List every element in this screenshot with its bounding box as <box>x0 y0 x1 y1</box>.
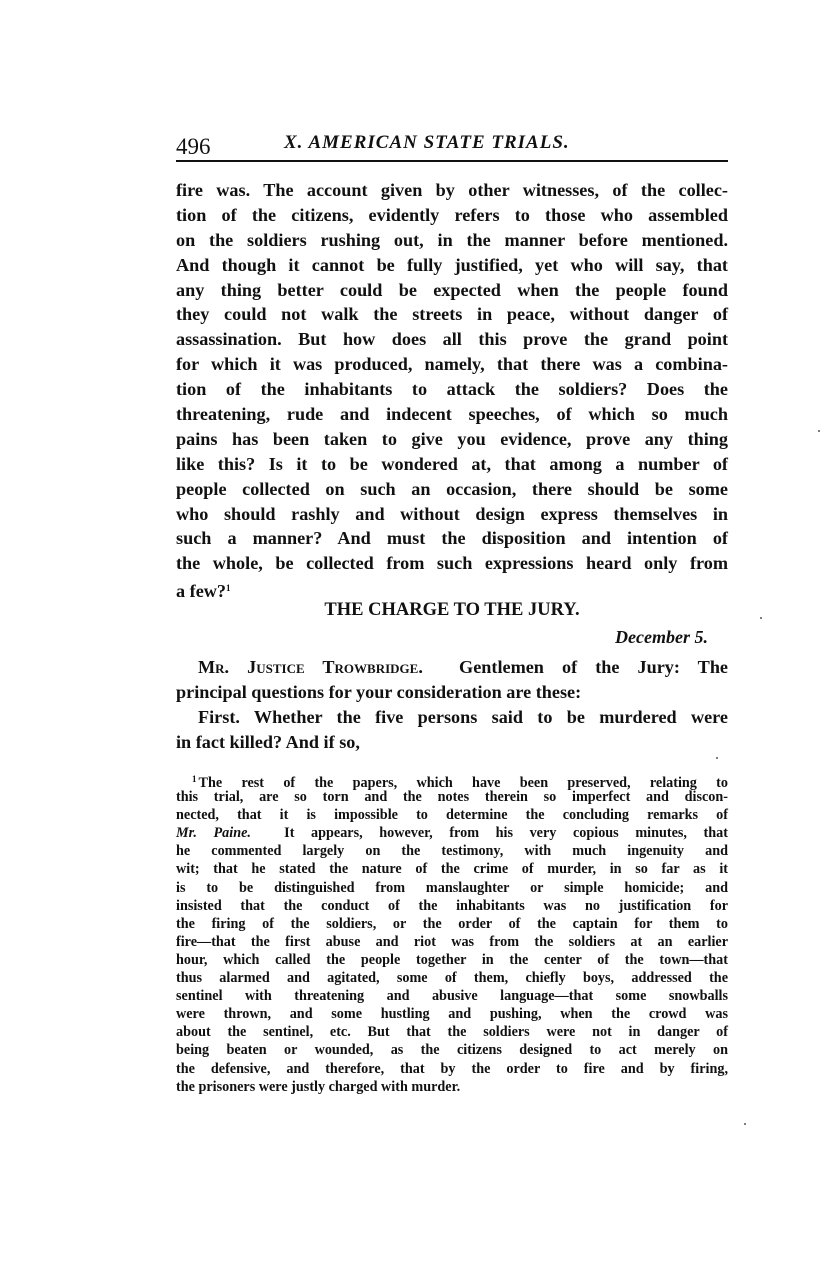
scan-speck <box>818 430 820 432</box>
running-title: X. AMERICAN STATE TRIALS. <box>284 132 570 154</box>
text-line: people collected on such an occasion, th… <box>176 477 728 502</box>
footnote-reference[interactable]: 1 <box>226 583 231 593</box>
footnote-line: sentinel with threatening and abusive la… <box>176 987 728 1005</box>
footnote-marker: 1 <box>192 774 197 784</box>
footnote-line: the defensive, and therefore, that by th… <box>176 1060 728 1078</box>
footnote-line: insisted that the conduct of the inhabit… <box>176 897 728 915</box>
italic-name: Mr. Paine. <box>176 825 251 841</box>
text-fragment: It appears, however, from his very copio… <box>284 825 728 841</box>
text-line: the whole, be collected from such expres… <box>176 551 728 576</box>
scan-speck <box>760 617 762 619</box>
footnote-line: nected, that it is impossible to determi… <box>176 806 728 824</box>
argument-paragraph: fire was. The account given by other wit… <box>176 178 728 601</box>
footnote-line: the prisoners were justly charged with m… <box>176 1078 728 1096</box>
footnote-line: is to be distinguished from manslaughter… <box>176 879 728 897</box>
footnote-line: Mr. Paine. It appears, however, from his… <box>176 824 728 842</box>
date-line: December 5. <box>615 627 708 648</box>
footnote-line: being beaten or wounded, as the citizens… <box>176 1041 728 1059</box>
text-line: tion of the inhabitants to attack the so… <box>176 377 728 402</box>
footnote-line: were thrown, and some hustling and pushi… <box>176 1005 728 1023</box>
footnote-line: 1The rest of the papers, which have been… <box>176 770 728 788</box>
scan-speck <box>744 1123 746 1125</box>
text-line: they could not walk the streets in peace… <box>176 302 728 327</box>
text-line: assassination. But how does all this pro… <box>176 327 728 352</box>
text-line: like this? Is it to be wondered at, that… <box>176 452 728 477</box>
text-line: such a manner? And must the disposition … <box>176 526 728 551</box>
footnote-line: he commented largely on the testimony, w… <box>176 842 728 860</box>
text-fragment: a few? <box>176 581 226 601</box>
text-line: tion of the citizens, evidently refers t… <box>176 203 728 228</box>
charge-paragraph: Mr. Justice Trowbridge. Gentlemen of the… <box>176 655 728 755</box>
text-line: in fact killed? And if so, <box>176 730 728 755</box>
footnote-line: thus alarmed and agitated, some of them,… <box>176 969 728 987</box>
text-line: any thing better could be expected when … <box>176 278 728 303</box>
text-line: principal questions for your considerati… <box>176 680 728 705</box>
footnote-line: the firing of the soldiers, or the order… <box>176 915 728 933</box>
text-line: Mr. Justice Trowbridge. Gentlemen of the… <box>176 655 728 680</box>
footnote-line: wit; that he stated the nature of the cr… <box>176 860 728 878</box>
text-line: First. Whether the five persons said to … <box>176 705 728 730</box>
text-line: pains has been taken to give you evidenc… <box>176 427 728 452</box>
text-line: for which it was produced, namely, that … <box>176 352 728 377</box>
section-heading: THE CHARGE TO THE JURY. <box>176 600 728 621</box>
book-page: 496 X. AMERICAN STATE TRIALS. fire was. … <box>0 0 836 1284</box>
header-rule <box>176 160 728 162</box>
footnote-line: fire—that the first abuse and riot was f… <box>176 933 728 951</box>
footnote-line: hour, which called the people together i… <box>176 951 728 969</box>
text-fragment: Gentlemen of the Jury: The <box>459 657 728 677</box>
page-header: 496 X. AMERICAN STATE TRIALS. <box>176 132 728 162</box>
text-line: who should rashly and without design exp… <box>176 502 728 527</box>
text-line: And though it cannot be fully justified,… <box>176 253 728 278</box>
footnote-line: this trial, are so torn and the notes th… <box>176 788 728 806</box>
footnote-line: about the sentinel, etc. But that the so… <box>176 1023 728 1041</box>
scan-speck <box>716 757 718 759</box>
speaker-name: Mr. Justice Trowbridge. <box>198 657 423 677</box>
text-line: fire was. The account given by other wit… <box>176 178 728 203</box>
text-line: a few?1 <box>176 576 728 601</box>
footnote: 1The rest of the papers, which have been… <box>176 770 728 1096</box>
text-line: on the soldiers rushing out, in the mann… <box>176 228 728 253</box>
text-line: threatening, rude and indecent speeches,… <box>176 402 728 427</box>
page-number: 496 <box>176 134 211 160</box>
